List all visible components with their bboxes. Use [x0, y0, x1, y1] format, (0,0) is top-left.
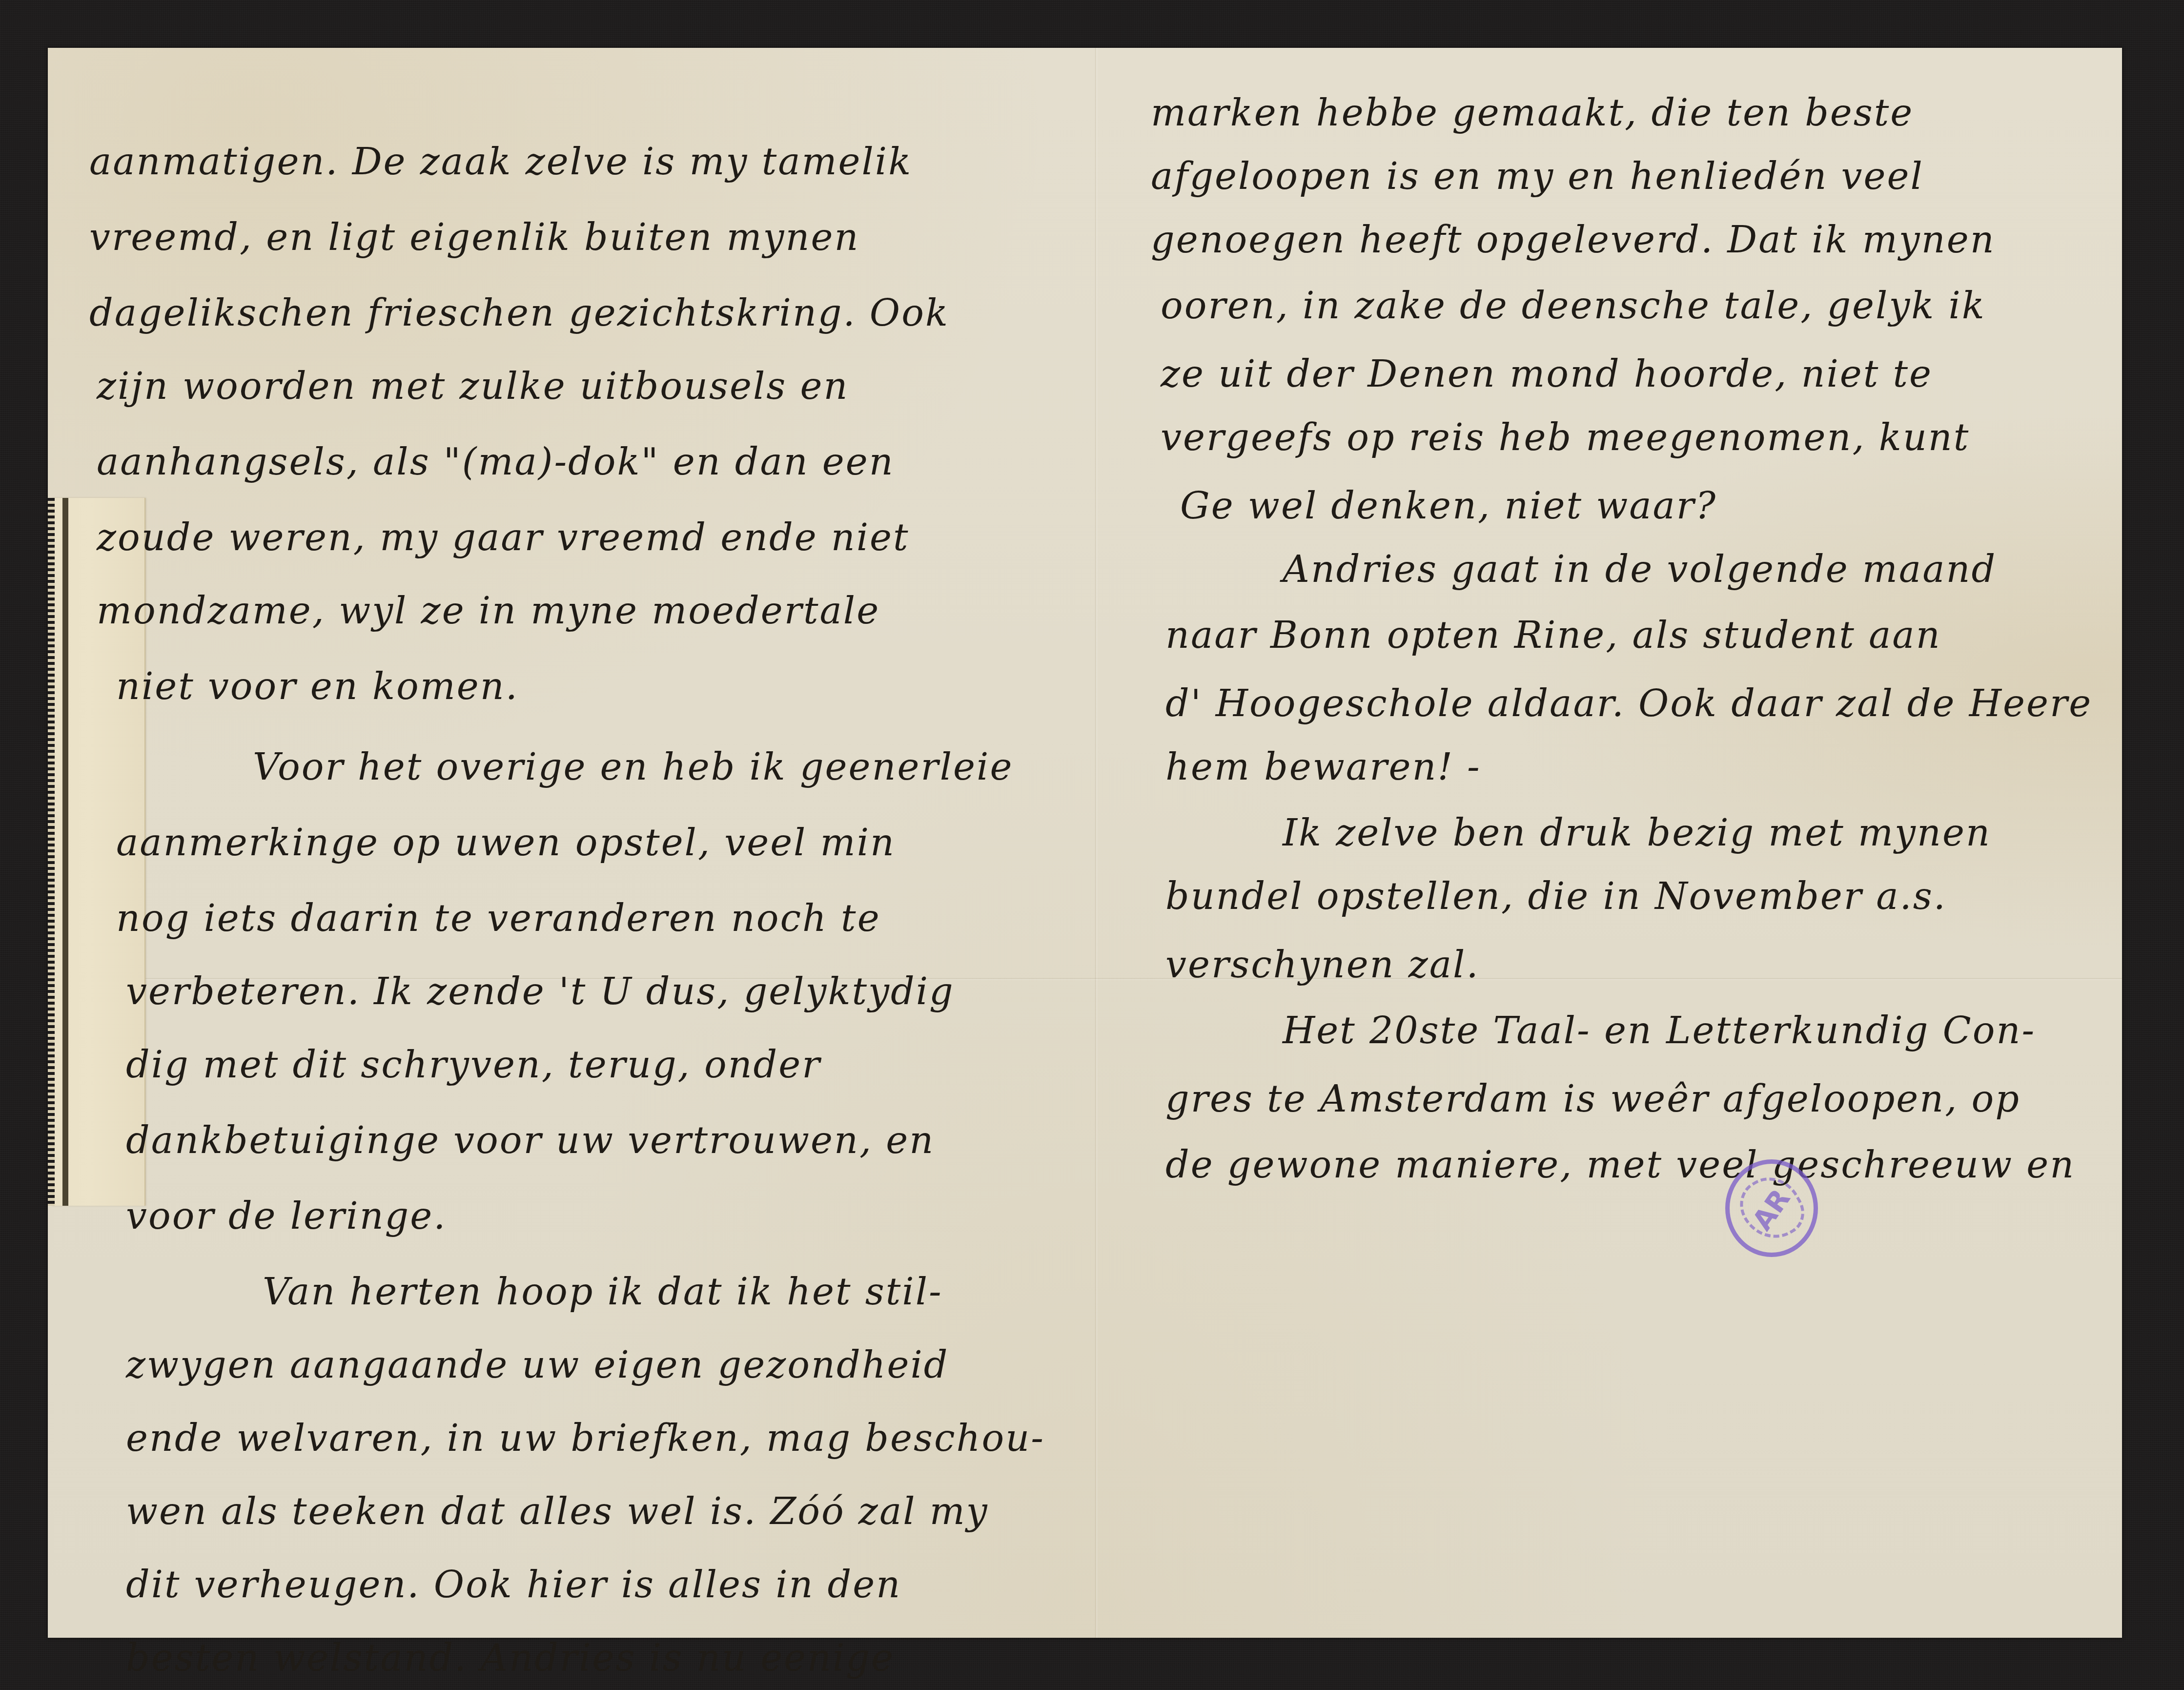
right-line-17: de gewone maniere, met veel geschreeuw e… [1165, 1146, 2075, 1183]
right-line-1: marken hebbe gemaakt, die ten beste [1151, 94, 1914, 131]
left-line-13: dig met dit schryven, terug, onder [126, 1046, 821, 1083]
left-line-9: Voor het overige en heb ik geenerleie [253, 748, 1013, 785]
right-line-9: naar Bonn opten Rine, als student aan [1165, 617, 1941, 654]
right-line-13: bundel opstellen, die in November a.s. [1165, 878, 1947, 915]
left-page: aanmatigen. De zaak zelve is my tamelik … [48, 48, 1096, 1638]
left-line-18: ende welvaren, in uw briefken, mag besch… [126, 1420, 1045, 1457]
left-line-11: nog iets daarin te veranderen noch te [116, 900, 881, 937]
left-line-17: zwygen aangaande uw eigen gezondheid [126, 1346, 949, 1383]
right-line-16: gres te Amsterdam is weêr afgeloopen, op [1165, 1080, 2021, 1117]
left-line-6: zoude weren, my gaar vreemd ende niet [97, 519, 910, 556]
right-line-12: Ik zelve ben druk bezig met mynen [1283, 814, 1991, 851]
left-line-7: mondzame, wyl ze in myne moedertale [97, 592, 880, 629]
right-line-4: ooren, in zake de deensche tale, gelyk i… [1161, 287, 1986, 324]
left-line-8: niet voor en komen. [116, 668, 519, 705]
left-line-2: vreemd, en ligt eigenlik buiten mynen [89, 219, 859, 256]
left-line-19: wen als teeken dat alles wel is. Zóó zal… [126, 1493, 989, 1530]
right-page: marken hebbe gemaakt, die ten beste afge… [1097, 48, 2122, 1638]
left-line-5: aanhangsels, als "(ma)-dok" en dan een [97, 443, 895, 480]
left-line-10: aanmerkinge op uwen opstel, veel min [116, 824, 896, 861]
left-line-16: Van herten hoop ik dat ik het stil- [263, 1273, 943, 1310]
left-line-3: dagelikschen frieschen gezichtskring. Oo… [89, 294, 949, 331]
left-line-12: verbeteren. Ik zende 't U dus, gelyktydi… [126, 973, 955, 1010]
left-line-1: aanmatigen. De zaak zelve is my tamelik [89, 143, 912, 180]
right-line-3: genoegen heeft opgeleverd. Dat ik mynen [1151, 221, 1996, 258]
left-line-20: dit verheugen. Ook hier is alles in den [126, 1566, 901, 1603]
left-line-21: besten welstand. Andries is nu eenige [126, 1639, 895, 1676]
left-line-4: zijn woorden met zulke uitbousels en [97, 368, 849, 405]
right-line-7: Ge wel denken, niet waar? [1180, 487, 1717, 524]
left-line-15: voor de leringe. [126, 1197, 447, 1235]
left-line-14: dankbetuiginge voor uw vertrouwen, en [126, 1122, 935, 1159]
right-line-15: Het 20ste Taal- en Letterkundig Con- [1283, 1012, 2036, 1049]
right-line-6: vergeefs op reis heb meegenomen, kunt [1161, 419, 1970, 456]
library-stamp: AR [1725, 1159, 1818, 1257]
letter-sheet: aanmatigen. De zaak zelve is my tamelik … [48, 48, 2122, 1638]
right-line-14: verschynen zal. [1165, 946, 1480, 983]
right-line-11: hem bewaren! - [1165, 748, 1481, 785]
right-line-2: afgeloopen is en my en henliedén veel [1151, 158, 1924, 195]
right-line-8: Andries gaat in de volgende maand [1283, 551, 1997, 588]
right-line-10: d' Hoogeschole aldaar. Ook daar zal de H… [1165, 685, 2092, 722]
right-line-5: ze uit der Denen mond hoorde, niet te [1161, 355, 1933, 392]
